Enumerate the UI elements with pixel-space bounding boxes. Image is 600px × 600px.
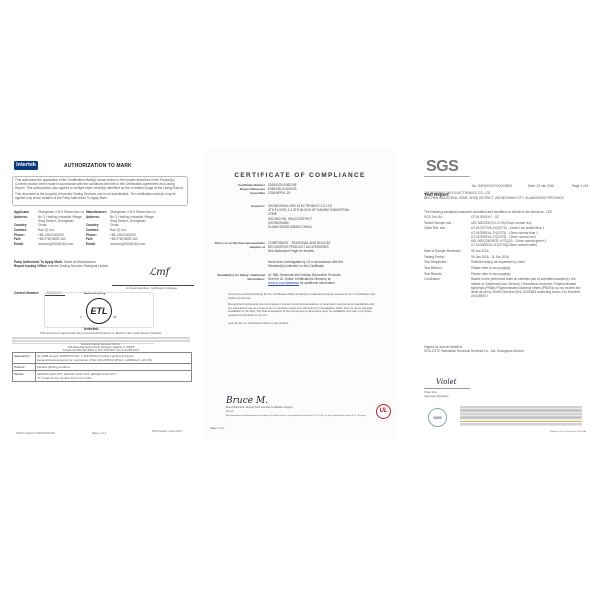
field-label: Contact:	[14, 228, 36, 232]
company-address: BEICHEN INDUSTRIAL ZONE, SHIQI DISTRICT,…	[424, 196, 564, 200]
field-label: Address:	[14, 215, 36, 223]
field-label: Client Ref. Info. :	[424, 226, 469, 249]
row-line: "X" could be any number from 2.0 to 100.	[37, 376, 190, 380]
applicant-fields: Applicant:Zhongshan J.W.X Electronics co…	[14, 210, 156, 246]
ul-certificate-document: CERTIFICATE OF COMPLIANCE Certificate Nu…	[204, 150, 396, 440]
document-title: AUTHORIZATION TO MARK	[64, 163, 132, 169]
row-line: General Requirements For Luminaires (CSA…	[37, 358, 190, 362]
field-label: Conclusion :	[424, 277, 469, 300]
value-line: UEL16ECR5GXX-V-FD(22mm normal red)	[471, 221, 591, 225]
field-value: Ran Qi Jun	[38, 228, 84, 232]
issued-label: Issued to:	[210, 204, 265, 229]
control-label: Control Number:	[14, 291, 39, 295]
certificate-fields: Certificate Number20160X25-E482195Report…	[210, 183, 378, 196]
office-label: Report Issuing Office:	[14, 264, 47, 268]
row-label: Standard(s):	[13, 353, 36, 363]
field-label: Phone:	[14, 233, 36, 237]
ul-database-link[interactable]: www.ul.com/database	[268, 281, 299, 285]
field-value: No.3, Haiding Industrial Village, Shiqi …	[38, 215, 84, 223]
etl-c-label: C	[80, 316, 82, 319]
etl-us-label: US	[113, 316, 116, 319]
field-value: UT-010GT9YA-JY(2/2T5) : 13mm Low profile…	[471, 226, 591, 247]
value-line: 2011/65/EU.	[471, 294, 591, 298]
standards-label: Standard(s) for Safety: Additional Infor…	[210, 273, 265, 286]
table-row: Models:LED23V-120V-XFT, LED24V-120V-XFT,…	[13, 370, 191, 381]
row-line: Flexible lighting products	[37, 365, 190, 369]
field-value: CP16-000XXX - GZ	[471, 215, 591, 219]
intro-text-1: This authorizes the application of the C…	[15, 178, 185, 190]
text-line: Standard(s) indicated on this Certificat…	[268, 264, 378, 268]
row-value: UL 2388 Issued: 2005/07/02 Ed: 1 2014/03…	[36, 353, 191, 363]
certify-label: This is to certify that representative s…	[210, 241, 265, 254]
text-line: See Addendum Page for Models	[268, 249, 378, 253]
report-date: Date: 13 Jan 2016	[528, 184, 554, 188]
signature: Violet	[436, 378, 457, 386]
note-look-for-mark: Look for the UL Certification Mark on th…	[228, 321, 289, 325]
field-value: Please refer to next page(s).	[471, 272, 591, 276]
standards-table: Standard(s):UL 2388 Issued: 2005/07/02 E…	[12, 352, 192, 382]
note-mark: Only those products bearing the UL Certi…	[228, 293, 378, 301]
field-label: Issue Date	[210, 191, 265, 195]
field-label: Phone:	[86, 233, 108, 237]
certify-lines: COMPONENT - SEASONAL AND HOLIDAYDECORATI…	[268, 241, 378, 254]
report-page: Page 1 of 8	[572, 184, 588, 188]
standards-block: Standard(s) for Safety: Additional Infor…	[210, 273, 378, 286]
field-value: 06 Jan 2016 - 11 Jan 2016	[471, 255, 591, 259]
footer-left: ATM for Report 1910XXXX-001	[16, 431, 55, 435]
etl-mark-icon: ETL	[86, 298, 112, 324]
value-line: 06 Jan 2016 - 11 Jan 2016	[471, 255, 591, 259]
field-value: 2016-APRIL-25	[268, 191, 378, 195]
signed-line-2: SGS-CSTC Standards Technical Services Co…	[424, 349, 524, 353]
field-label: FAX:	[86, 237, 108, 241]
field-value: +86 13612182209	[110, 233, 156, 237]
field-value: ranxxxxg2006@163.com	[110, 242, 156, 246]
sgs-logo: SGS	[426, 158, 458, 176]
field-value: ranxxxxg2006@163.com	[38, 242, 84, 246]
signature: Bruce M.	[226, 396, 268, 406]
investigated-block: Have been investigated by UL in accordan…	[210, 260, 378, 268]
footer-right: ATM Issued: 4-Jan-2017	[152, 429, 182, 433]
signature: ℒm𝑓	[149, 267, 169, 278]
value-line: Selected test(s) as requested by client.	[471, 260, 591, 264]
field-value: China	[110, 223, 156, 227]
field-value: +86 0760 8830 163	[110, 237, 156, 241]
value-line: Please refer to next page(s).	[471, 272, 591, 276]
contact-fine-print	[460, 423, 582, 426]
row-value: Flexible lighting products	[36, 364, 191, 370]
office-value: Intertek Testing Services Shanghai Limit…	[48, 264, 108, 268]
field-value: +86 0760 8830 163	[38, 237, 84, 241]
report-number: No. GZHXXXXXXXX/CHEM	[472, 184, 512, 188]
field-value: +86 13612182209	[38, 233, 84, 237]
field-label: Address:	[86, 215, 108, 223]
field-label: Contact:	[86, 228, 108, 232]
field-value: Based on the performed tests on selected…	[471, 277, 591, 298]
legal-fine-print	[460, 406, 582, 420]
footer-page: Page 1 of 2	[210, 426, 224, 430]
issued-to-block: Issued to: ZHONGSHAN JWX ELECTRONICS CO …	[210, 204, 378, 229]
footer-rule	[460, 421, 582, 422]
company-name: ZHONGSHAN J.W.X ELECTRONICS CO.,LTD	[424, 191, 490, 195]
field-label: Applicant:	[14, 210, 36, 214]
signer-title: Approved Signatory	[424, 394, 449, 398]
row-label: Models:	[13, 371, 36, 381]
field-label: Country:	[14, 223, 36, 227]
table-row: Standard(s):UL 2388 Issued: 2005/07/02 E…	[13, 353, 191, 363]
sgs-seal-icon: SGS	[428, 408, 447, 427]
row-label: Product:	[13, 364, 36, 370]
row-value: LED23V-120V-XFT, LED24V-120V-XFT, LED36V…	[36, 371, 191, 381]
field-value: Selected test(s) as requested by client.	[471, 260, 591, 264]
sample-details: SGS Job No. :CP16-000XXX - GZTested Samp…	[424, 215, 591, 300]
field-label: Email:	[14, 242, 36, 246]
intro-text-2: This document is the property of Interte…	[15, 192, 185, 204]
field-label: FAX:	[14, 237, 36, 241]
intertek-logo: Intertek	[14, 161, 38, 170]
party-block: Party Authorized To Apply Mark: Same as …	[14, 260, 108, 268]
field-value: Zhongshan J.W.X Electronics co.,Ltd	[38, 210, 84, 214]
investigated-lines: Have been investigated by UL in accordan…	[268, 260, 378, 268]
field-value: Zhongshan J.W.X Electronics co.,Ltd	[110, 210, 156, 214]
field-label: Country:	[86, 223, 108, 227]
field-value: Ran Qi Jun	[110, 228, 156, 232]
field-value: UEL16ECR5GXX-V-FD(22mm normal red)	[471, 221, 591, 225]
supersede-note: This document supersedes all previous Au…	[6, 331, 196, 335]
signer-title: for Dean Davidson, Certification Manager	[126, 286, 177, 290]
sgs-group-note: Member of the SGS Group (SGS SA)	[550, 431, 586, 433]
footer-note: Any information and documentation involv…	[226, 414, 366, 418]
signer-title: Bruce Mahrenholz, Director North America…	[226, 406, 293, 410]
sample-intro: The following sample(s) was/were submitt…	[424, 210, 552, 214]
field-value: China	[38, 223, 84, 227]
signature-line	[424, 388, 470, 389]
value-line: limits as set by RoHS Directive (EU) 201…	[471, 290, 591, 294]
note-recognized: Recognized components are incomplete in …	[228, 303, 378, 318]
sgs-test-report-document: SGS Test Report No. GZHXXXXXXXX/CHEM Dat…	[404, 150, 596, 440]
ul-logo-icon: UL	[376, 404, 391, 419]
field-label: Email:	[86, 242, 108, 246]
value-line: Please refer to next page(s).	[471, 266, 591, 270]
document-title: CERTIFICATE OF COMPLIANCE	[204, 172, 396, 179]
field-value: Please refer to next page(s).	[471, 266, 591, 270]
logo-underline	[424, 176, 470, 177]
value-line: CP16-000XXX - GZ	[471, 215, 591, 219]
link-suffix: for additional information	[299, 281, 335, 285]
field-label: Manufacturer:	[86, 210, 108, 214]
field-value: No.3, Haiding Industrial Village, Shiqi …	[110, 215, 156, 223]
value-line: UT-010W53YA-JY(2/2T5)(13mm normal white)	[471, 243, 591, 247]
table-row: Product:Flexible lighting products	[13, 363, 191, 370]
footer-page: Page 1 of 1	[92, 431, 106, 435]
intertek-authorization-document: Intertek AUTHORIZATION TO MARK This auth…	[6, 150, 196, 440]
field-value: 06 Jan 2016	[471, 249, 591, 253]
value-line: 06 Jan 2016	[471, 249, 591, 253]
text-line: GUANGDONG 528400 CHINA	[268, 225, 378, 229]
intro-box: This authorizes the application of the C…	[12, 176, 188, 206]
issued-lines: ZHONGSHAN JWX ELECTRONICS CO LTD4TH FLOO…	[268, 204, 378, 229]
certify-block: This is to certify that representative s…	[210, 241, 378, 254]
